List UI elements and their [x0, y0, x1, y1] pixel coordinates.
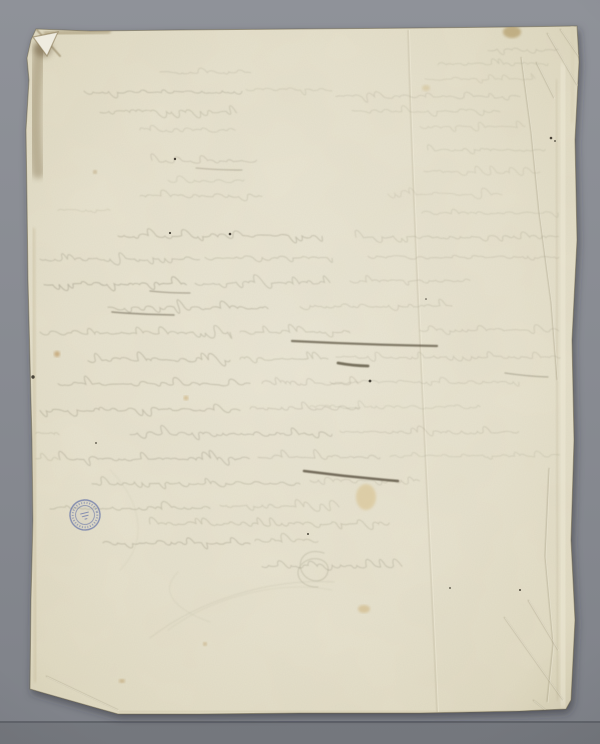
photo-stage	[0, 0, 600, 744]
document-page-verso	[0, 0, 600, 744]
paper-sheet	[20, 20, 586, 722]
paper-grain	[20, 20, 586, 722]
